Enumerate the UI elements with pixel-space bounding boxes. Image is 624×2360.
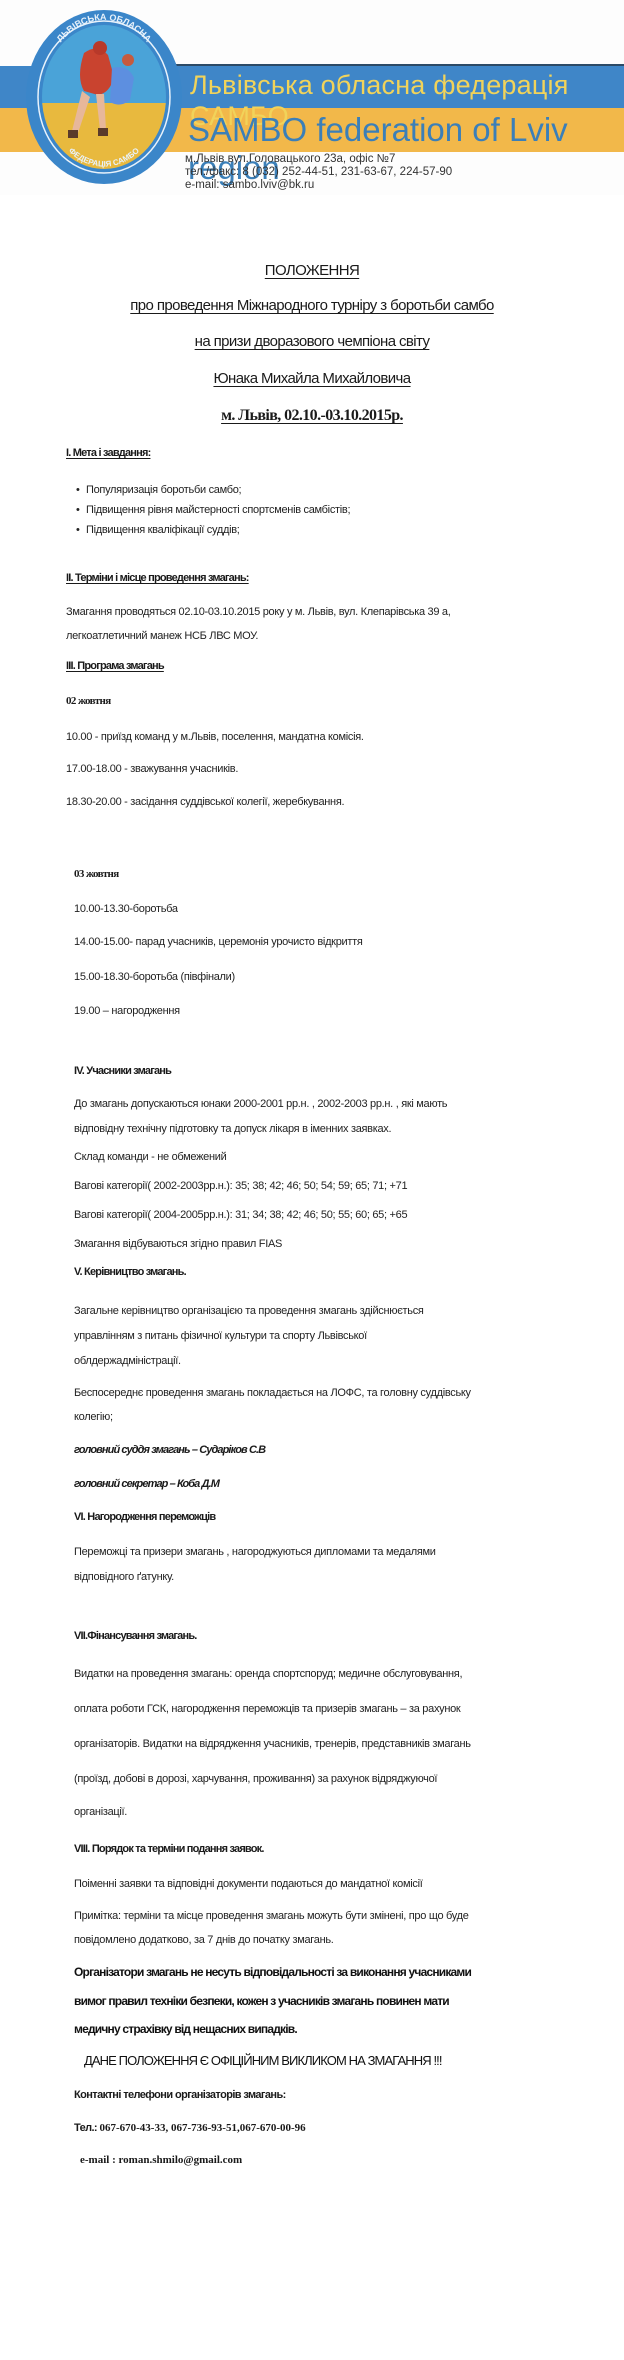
- doc-subtitle-2: на призи дворазового чемпіона світу: [0, 333, 624, 350]
- note-text: Примітка: терміни та місце проведення зм…: [74, 1910, 469, 1922]
- finance-text: Видатки на проведення змагань: оренда сп…: [74, 1668, 462, 1680]
- management-text: управлінням з питань фізичної культури т…: [74, 1330, 367, 1342]
- schedule-day-1: 02 жовтня: [66, 695, 111, 707]
- management-text: колегію;: [74, 1411, 113, 1423]
- team-size-text: Склад команди - не обмежений: [74, 1151, 226, 1163]
- management-text: облдержадміністрації.: [74, 1355, 181, 1367]
- awards-text: Переможці та призери змагань , нагороджу…: [74, 1546, 436, 1558]
- sambo-emblem-icon: ЛЬВІВСЬКА ОБЛАСНА ФЕДЕРАЦІЯ САМБО: [24, 8, 184, 186]
- schedule-item: 18.30-20.00 - засідання суддівської коле…: [66, 796, 344, 808]
- section-4-title: IV. Учасники змагань: [74, 1065, 171, 1077]
- management-text: Беспосереднє проведення змагань покладає…: [74, 1387, 471, 1399]
- venue-text: легкоатлетичний манеж НСБ ЛВС МОУ.: [66, 630, 258, 642]
- finance-text: організації.: [74, 1806, 127, 1818]
- letterhead-divider: [170, 64, 624, 66]
- finance-text: оплата роботи ГСК, нагородження переможц…: [74, 1703, 460, 1715]
- awards-text: відповідного ґатунку.: [74, 1571, 174, 1583]
- goal-item: Підвищення рівня майстерності спортсмені…: [86, 504, 350, 516]
- doc-subtitle-3: Юнака Михайла Михайловича: [0, 370, 624, 387]
- goal-item: Підвищення кваліфікації суддів;: [86, 524, 240, 536]
- disclaimer-text: медичну страхівку від нещасних випадків.: [74, 2022, 297, 2036]
- schedule-day-2: 03 жовтня: [74, 868, 119, 880]
- rules-text: Змагання відбуваються згідно правил FIAS: [74, 1238, 282, 1250]
- doc-place-date: м. Львів, 02.10.-03.10.2015р.: [0, 407, 624, 425]
- letterhead: Львівська обласна федерація САМБО SAMBO …: [0, 0, 624, 195]
- contact-phones: Тел.: 067-670-43-33, 067-736-93-51,067-6…: [74, 2122, 306, 2134]
- doc-title: ПОЛОЖЕННЯ: [0, 262, 624, 279]
- schedule-item: 17.00-18.00 - зважування учасників.: [66, 763, 238, 775]
- section-2-title: II. Терміни і місце проведення змагань:: [66, 572, 249, 584]
- federation-phone: тел./факс: 8 (032) 252-44-51, 231-63-67,…: [185, 166, 452, 178]
- section-8-title: VIII. Порядок та терміни подання заявок.: [74, 1843, 264, 1855]
- weight-categories-2002: Вагові категорії( 2002-2003рр.н.): 35; 3…: [74, 1180, 407, 1192]
- contacts-label: Контактні телефони організаторів змагань…: [74, 2089, 286, 2101]
- finance-text: організаторів. Видатки на відрядження уч…: [74, 1738, 471, 1750]
- participants-text: відповідну технічну підготовку та допуск…: [74, 1123, 391, 1135]
- section-6-title: VI. Нагородження переможців: [74, 1511, 215, 1523]
- section-5-title: V. Керівництво змагань.: [74, 1266, 186, 1278]
- federation-email: e-mail: sambo.lviv@bk.ru: [185, 179, 314, 191]
- schedule-item: 19.00 – нагородження: [74, 1005, 180, 1017]
- disclaimer-text: Організатори змагань не несуть відповіда…: [74, 1965, 471, 1979]
- weight-categories-2004: Вагові категорії( 2004-2005рр.н.): 31; 3…: [74, 1209, 407, 1221]
- finance-text: (проїзд, добові в дорозі, харчування, пр…: [74, 1773, 437, 1785]
- phone-label: Тел.:: [74, 2122, 97, 2134]
- chief-judge: головний суддя змагань – Сударіков С.В: [74, 1444, 265, 1456]
- venue-text: Змагання проводяться 02.10-03.10.2015 ро…: [66, 606, 451, 618]
- schedule-item: 10.00 - приїзд команд у м.Львів, поселен…: [66, 731, 364, 743]
- doc-subtitle-1: про проведення Міжнародного турніру з бо…: [0, 297, 624, 314]
- contact-email[interactable]: e-mail : roman.shmilo@gmail.com: [80, 2154, 242, 2166]
- chief-secretary: головний секретар – Коба Д.М: [74, 1478, 219, 1490]
- management-text: Загальне керівництво організацією та про…: [74, 1305, 424, 1317]
- section-1-title: I. Мета і завдання:: [66, 447, 150, 459]
- schedule-item: 10.00-13.30-боротьба: [74, 903, 178, 915]
- section-3-title: III. Програма змагань: [66, 660, 164, 672]
- disclaimer-text: вимог правил техніки безпеки, кожен з уч…: [74, 1994, 449, 2008]
- phone-numbers[interactable]: 067-670-43-33, 067-736-93-51,067-670-00-…: [99, 2122, 305, 2134]
- section-7-title: VII.Фінансування змагань.: [74, 1630, 197, 1642]
- goal-item: Популяризація боротьби самбо;: [86, 484, 241, 496]
- federation-address: м.Львів вул.Головацького 23а, офіс №7: [185, 153, 395, 165]
- note-text: повідомлено додатково, за 7 днів до поча…: [74, 1934, 334, 1946]
- schedule-item: 15.00-18.30-боротьба (півфінали): [74, 971, 235, 983]
- official-notice: ДАНЕ ПОЛОЖЕННЯ Є ОФІЦІЙНИМ ВИКЛИКОМ НА З…: [84, 2053, 442, 2068]
- schedule-item: 14.00-15.00- парад учасників, церемонія …: [74, 936, 363, 948]
- participants-text: До змагань допускаються юнаки 2000-2001 …: [74, 1098, 447, 1110]
- applications-text: Поіменні заявки та відповідні документи …: [74, 1878, 422, 1890]
